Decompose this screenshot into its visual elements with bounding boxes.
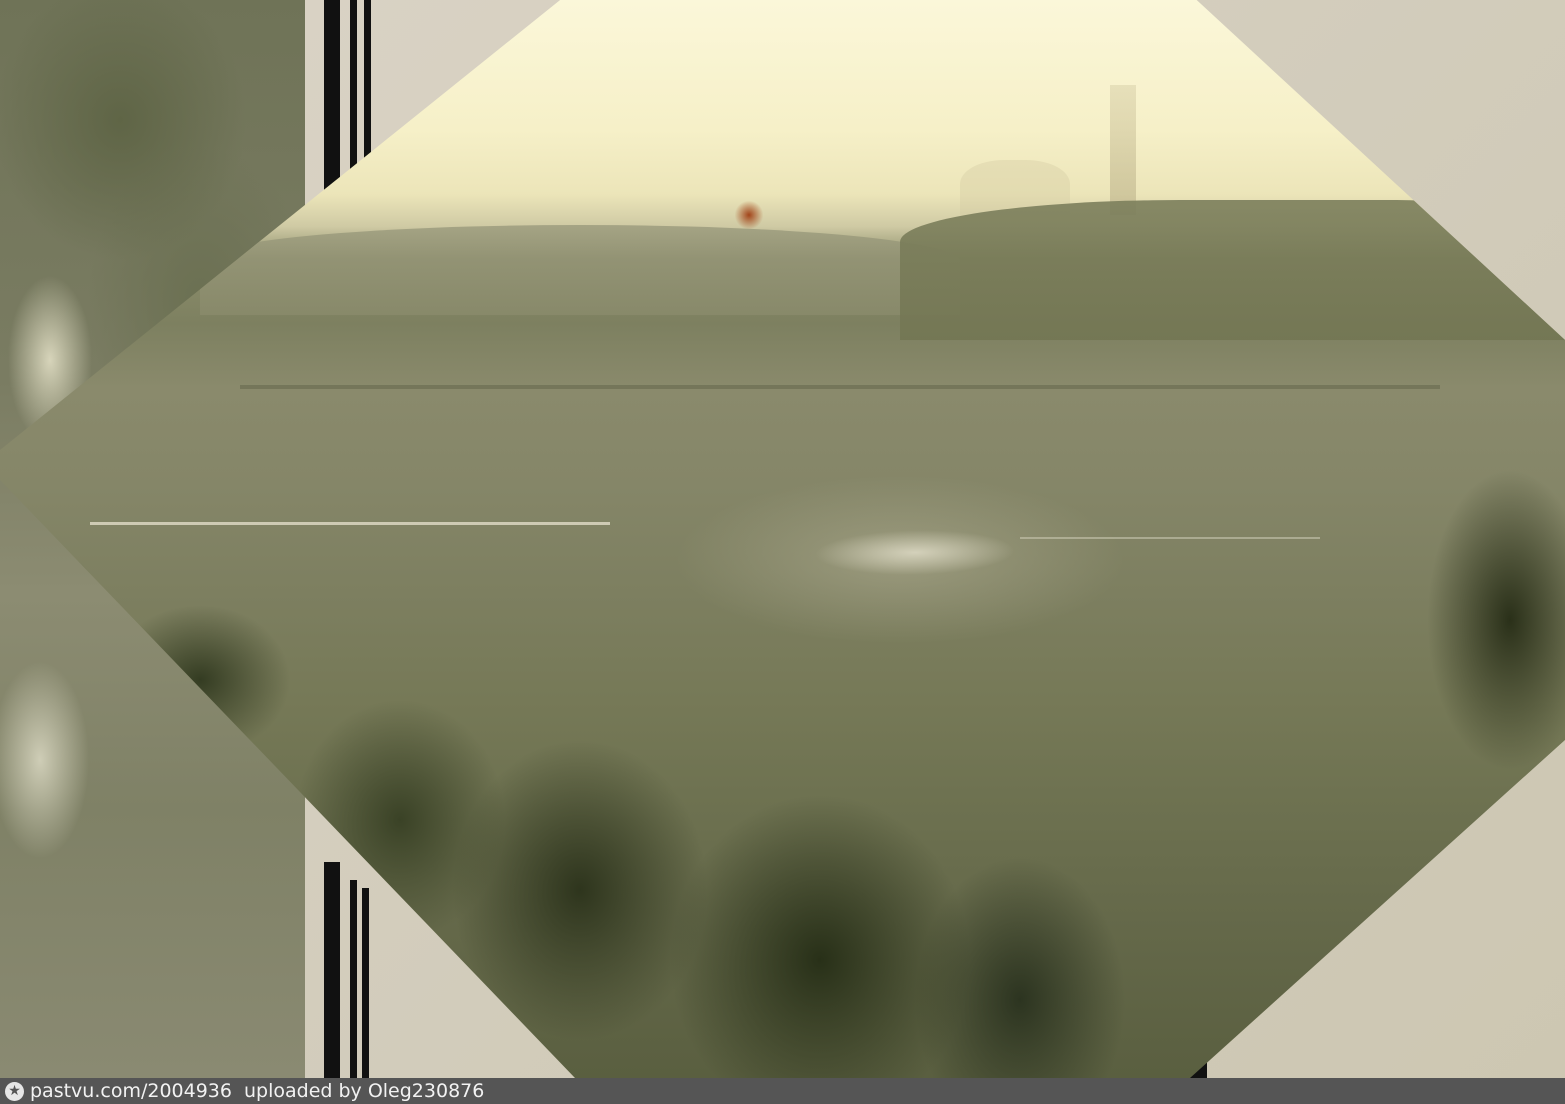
bright-clearing (807, 530, 1023, 575)
field-path (90, 522, 610, 525)
mount-stripe (364, 0, 371, 170)
star-circle-icon: ★ (5, 1082, 24, 1101)
photo-scene (0, 0, 1565, 1078)
mount-stripe (324, 862, 340, 1078)
bell-tower (1110, 85, 1136, 215)
source-url[interactable]: pastvu.com/2004936 (30, 1080, 232, 1102)
uploader-credit: uploaded by Oleg230876 (244, 1080, 484, 1102)
field-path (1020, 537, 1320, 539)
mount-stripe (350, 880, 357, 1078)
mount-stripe (324, 0, 340, 200)
field-ridge (240, 385, 1440, 389)
mount-stripe (350, 0, 357, 182)
mount-stripe (362, 888, 369, 1078)
distant-hill (200, 225, 960, 315)
photo-stain (735, 200, 763, 230)
watermark-bar: ★ pastvu.com/2004936 uploaded by Oleg230… (0, 1078, 1565, 1104)
